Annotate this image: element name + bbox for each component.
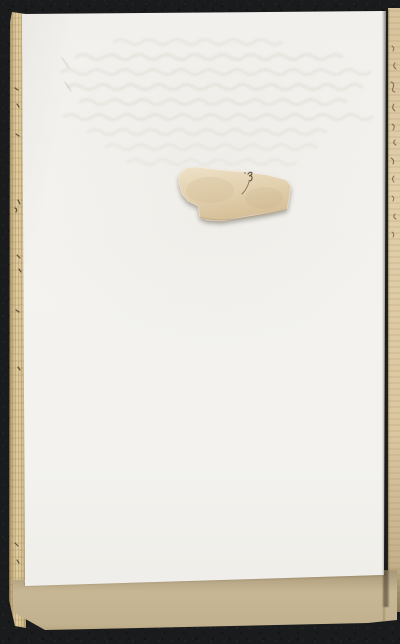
faint-margin-marks <box>56 50 80 114</box>
book-photo <box>0 0 400 644</box>
ink-bleedthrough <box>58 34 380 176</box>
page-right-shadow-gap <box>382 9 389 607</box>
paper-fragment <box>168 158 303 238</box>
fore-edge-writing-marks <box>388 8 400 612</box>
